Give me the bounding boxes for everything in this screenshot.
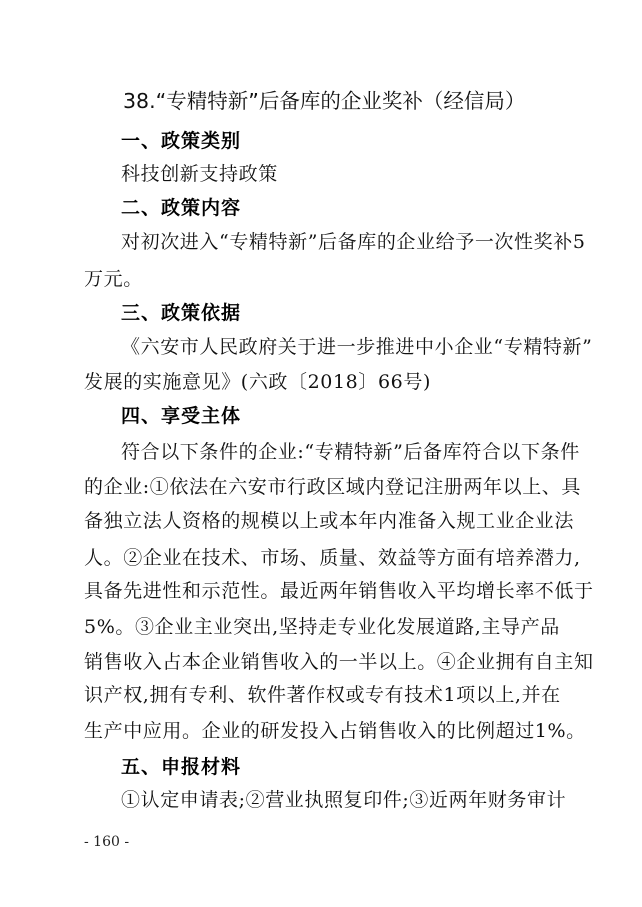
section-heading-policy-category: 一、政策类别 [121,124,241,158]
paragraph-line: 生产中应用。企业的研发投入占销售收入的比例超过1%。 [84,714,559,748]
paragraph-line: 发展的实施意见》(六政〔2018〕66号) [84,365,559,399]
section-heading-policy-basis: 三、政策依据 [121,296,241,330]
section-heading-application-materials: 五、申报材料 [121,750,241,784]
paragraph-line: 的企业:①依法在六安市行政区域内登记注册两年以上、具 [84,470,559,504]
paragraph-line: 销售收入占本企业销售收入的一半以上。④企业拥有自主知 [84,645,559,679]
paragraph-line: 具备先进性和示范性。最近两年销售收入平均增长率不低于 [84,574,559,608]
paragraph-line: 万元。 [84,262,559,296]
paragraph-line: 符合以下条件的企业:“专精特新”后备库符合以下条件 [121,435,559,469]
paragraph-line: 对初次进入“专精特新”后备库的企业给予一次性奖补5 [121,225,559,259]
paragraph-line: 识产权,拥有专利、软件著作权或专有技术1项以上,并在 [84,678,559,712]
paragraph-line: 5%。③企业主业突出,坚持走专业化发展道路,主导产品 [84,610,559,644]
paragraph-line: 备独立法人资格的规模以上或本年内准备入规工业企业法 [84,504,559,538]
page-number: - 160 - [84,831,129,853]
document-page: 38.“专精特新”后备库的企业奖补（经信局） 一、政策类别 科技创新支持政策 二… [0,0,642,907]
document-title: 38.“专精特新”后备库的企业奖补（经信局） [123,84,523,118]
paragraph-line: 人。②企业在技术、市场、质量、效益等方面有培养潜力, [84,541,559,575]
section-heading-policy-content: 二、政策内容 [121,191,241,225]
section-heading-eligible-subjects: 四、享受主体 [121,399,241,433]
paragraph-line: ①认定申请表;②营业执照复印件;③近两年财务审计 [121,783,559,817]
paragraph-line: 科技创新支持政策 [121,157,559,191]
paragraph-line: 《六安市人民政府关于进一步推进中小企业“专精特新” [121,330,559,364]
